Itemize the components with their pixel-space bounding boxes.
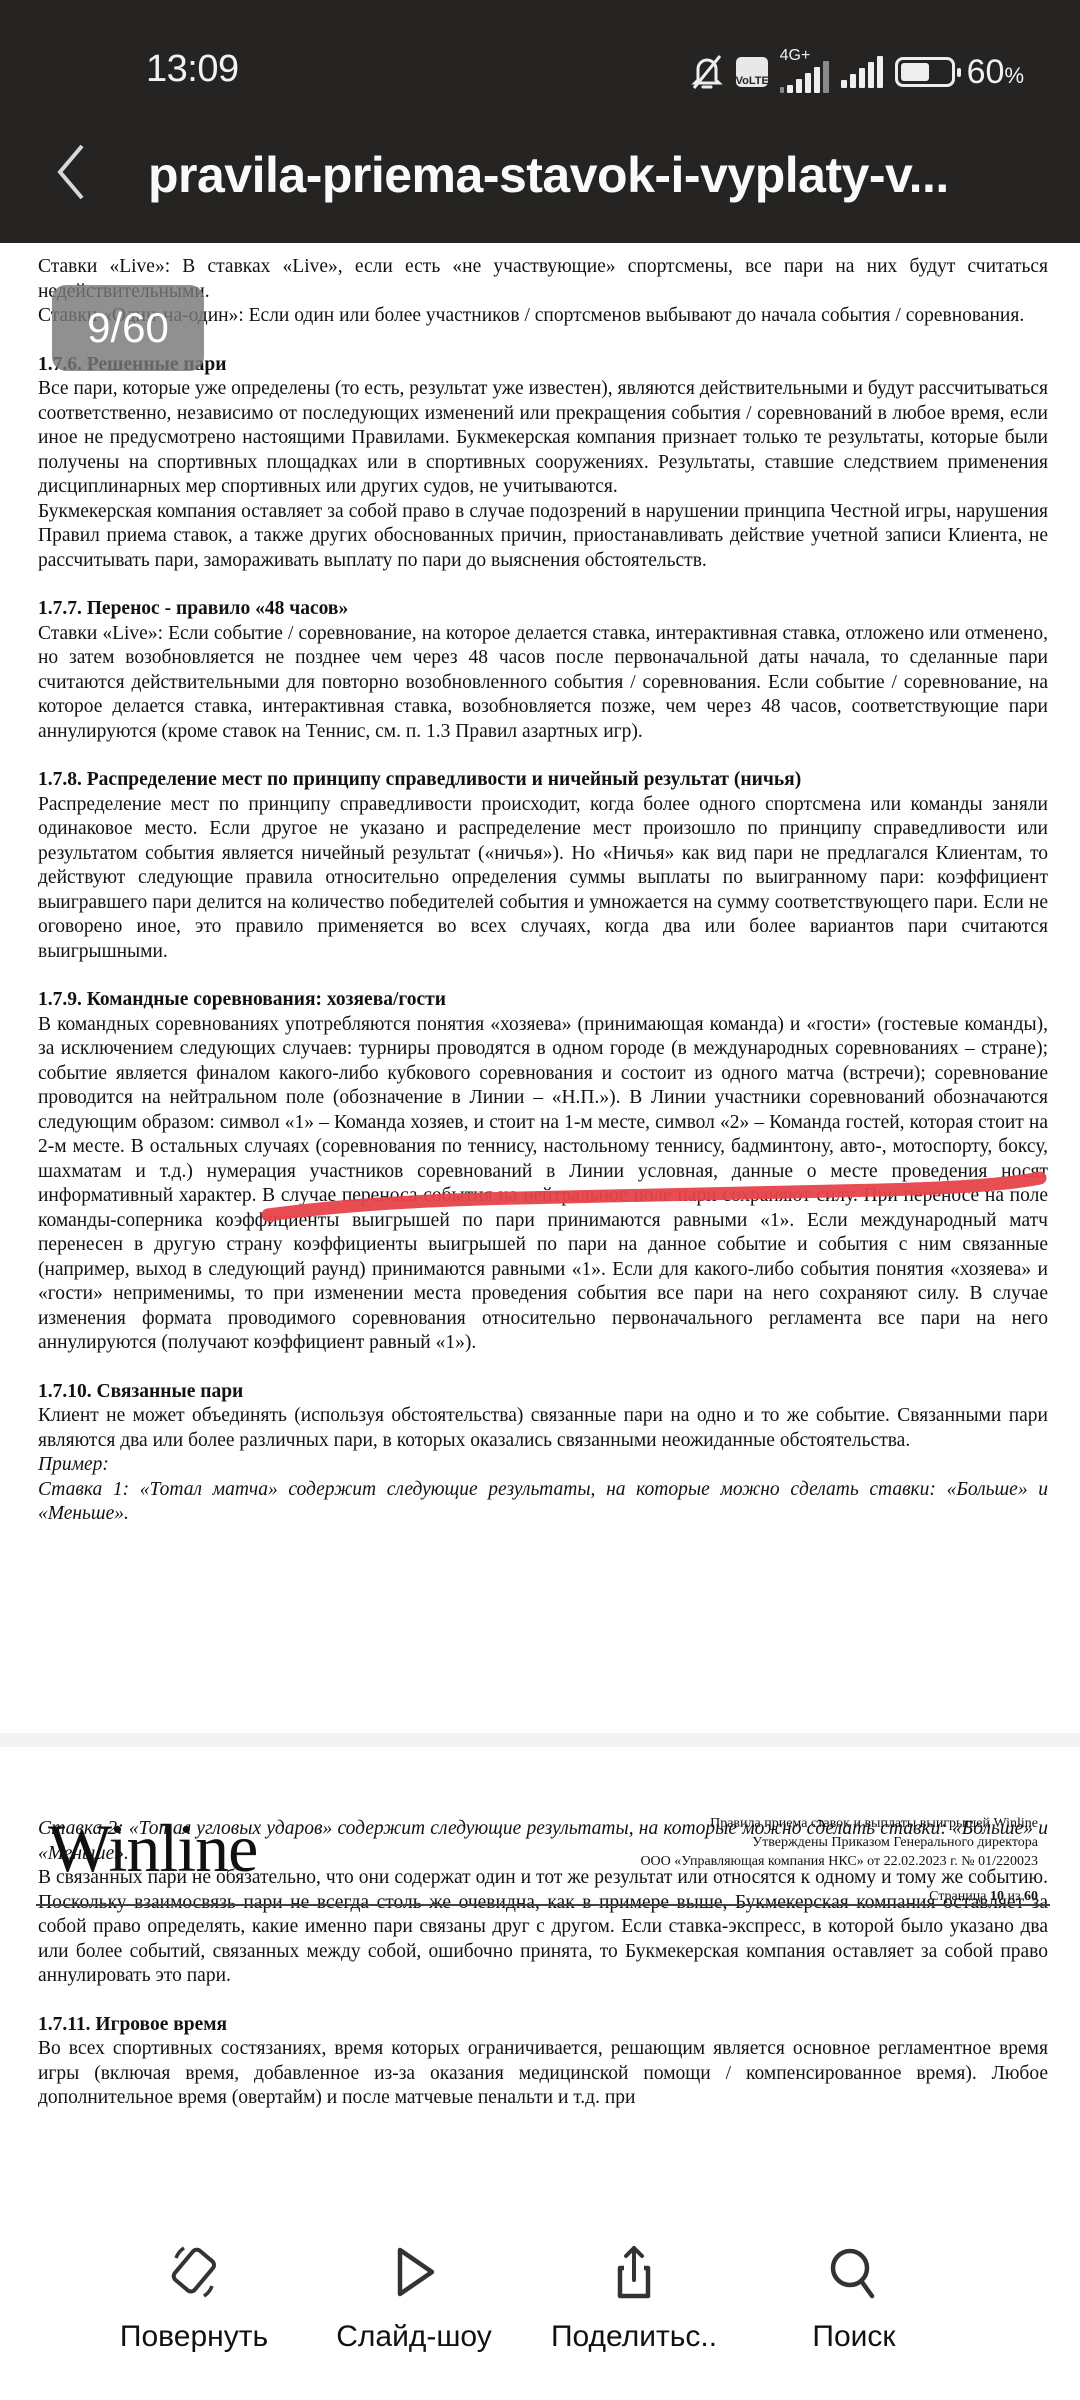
search-icon [822, 2240, 886, 2304]
back-button[interactable] [52, 142, 92, 202]
example-label: Пример: [38, 1453, 1048, 1478]
status-time: 13:09 [146, 48, 239, 91]
chevron-left-icon [52, 142, 92, 202]
paragraph: Ставки «Live»: Если событие / соревнован… [38, 622, 1048, 745]
document-title: pravila-priema-stavok-i-vyplaty-v... [148, 146, 949, 204]
top-bar: 13:09 VoLTE 4G+ 60% pravila-priema-stavo… [0, 0, 1080, 243]
section-heading: 1.7.8. Распределение мест по принципу сп… [38, 768, 1048, 793]
share-icon [602, 2240, 666, 2304]
page-indicator: 9/60 [52, 285, 204, 371]
slideshow-button[interactable]: Слайд-шоу [304, 2232, 524, 2400]
rotate-icon [162, 2240, 226, 2304]
page-number: Страница 10 из 60 [929, 1889, 1038, 1905]
share-button[interactable]: Поделитьс.. [524, 2232, 744, 2400]
battery-percent: 60% [967, 53, 1024, 92]
volte-icon: VoLTE [736, 57, 768, 87]
section-heading: 1.7.9. Командные соревнования: хозяева/г… [38, 988, 1048, 1013]
paragraph: Букмекерская компания оставляет за собой… [38, 500, 1048, 574]
page-content: Ставки «Live»: В ставках «Live», если ес… [38, 255, 1048, 1527]
battery-icon [895, 57, 955, 87]
document-viewer[interactable]: Ставки «Live»: В ставках «Live», если ес… [0, 243, 1080, 2353]
document-header-info: Правила приема ставок и выплаты выигрыше… [640, 1814, 1038, 1871]
paragraph: В командных соревнованиях употребляются … [38, 1013, 1048, 1356]
section-heading: 1.7.11. Игровое время [38, 2013, 1048, 2038]
page-separator [0, 1733, 1080, 1747]
section-heading: 1.7.7. Перенос - правило «48 часов» [38, 597, 1048, 622]
bottom-toolbar: Повернуть Слайд-шоу Поделитьс.. Поиск [0, 2232, 1080, 2400]
document-page: Ставки «Live»: В ставках «Live», если ес… [0, 243, 1080, 1733]
winline-logo: Winline [48, 1809, 257, 1888]
signal-4g-icon: 4G+ [780, 61, 829, 93]
paragraph: Распределение мест по принципу справедли… [38, 793, 1048, 965]
header-divider [36, 1904, 1050, 1906]
paragraph: Во всех спортивных состязаниях, время ко… [38, 2037, 1048, 2111]
rotate-button[interactable]: Повернуть [84, 2232, 304, 2400]
signal-icon [841, 56, 883, 88]
search-button[interactable]: Поиск [744, 2232, 964, 2400]
paragraph: Все пари, которые уже определены (то ест… [38, 377, 1048, 500]
paragraph: Клиент не может объединять (используя об… [38, 1404, 1048, 1453]
play-icon [382, 2240, 446, 2304]
mute-bell-icon [690, 52, 724, 92]
section-heading: 1.7.10. Связанные пари [38, 1380, 1048, 1405]
example-text: Ставка 1: «Тотал матча» содержит следующ… [38, 1478, 1048, 1527]
status-icons: VoLTE 4G+ 60% [690, 50, 1024, 94]
